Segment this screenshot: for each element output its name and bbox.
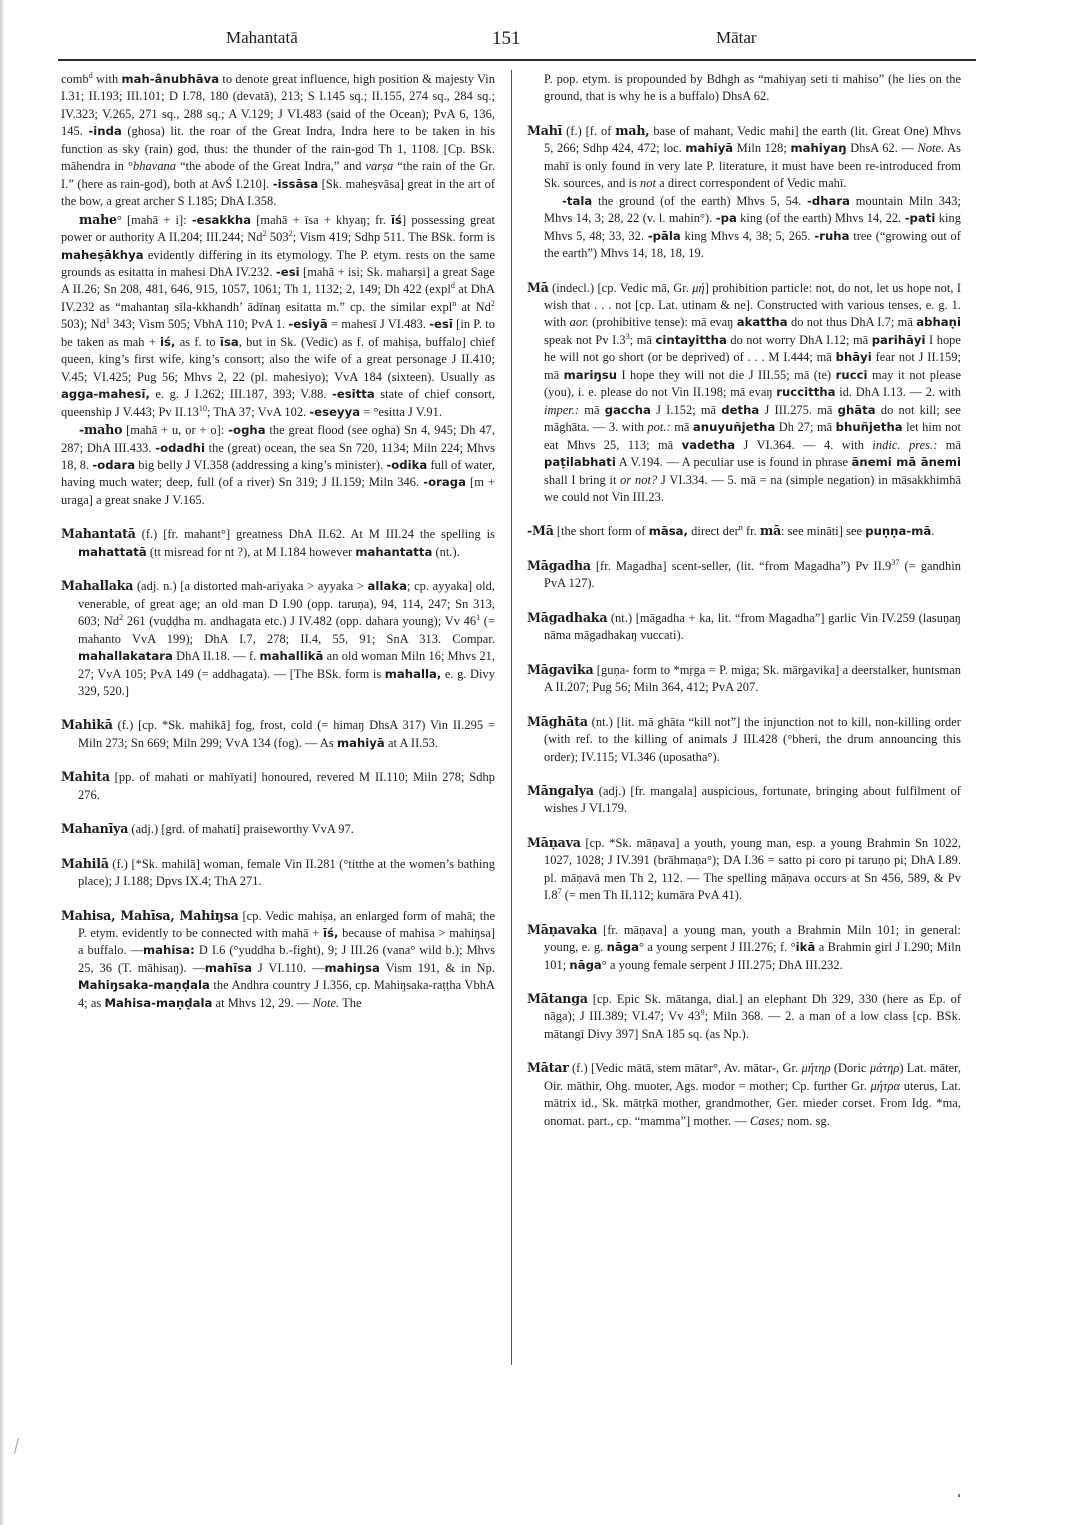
entry-paragraph: Mātar (f.) [Vedic mātā, stem mātar°, Av.…	[527, 1059, 961, 1130]
bold-term: vadetha	[682, 438, 736, 452]
entry-paragraph: -maho [mahā + u, or + o]: -ogha the grea…	[61, 421, 495, 509]
italic-text: Note.	[312, 996, 339, 1010]
bold-term: rucci	[836, 368, 868, 382]
italic-text: varṣa	[365, 159, 393, 173]
bold-term: mahīsa	[205, 961, 252, 975]
bold-term: -issāsa	[273, 177, 319, 191]
superscript: 1	[476, 613, 480, 622]
bold-term: maheṣākhya	[61, 248, 144, 262]
bold-term: mariŋsu	[564, 368, 617, 382]
superscript: n	[452, 299, 456, 308]
page-edge-shadow	[0, 0, 4, 1525]
bold-term: -esiyā	[289, 317, 328, 331]
entry-paragraph: -Mā [the short form of māsa, direct dern…	[527, 522, 961, 540]
headword: Mahallaka	[61, 578, 133, 593]
bold-term: iś,	[160, 335, 175, 349]
headword: Māngalya	[527, 783, 594, 798]
bold-term: paṭilabhati	[544, 455, 616, 469]
italic-text: pot.:	[647, 420, 670, 434]
dictionary-entry: Māgadhaka (nt.) [māgadha + ka, lit. “fro…	[527, 609, 961, 645]
bold-term: -odadhi	[155, 441, 205, 455]
bold-term: allaka	[368, 579, 407, 593]
bold-term: -dhara	[807, 194, 850, 208]
headword: Māṇava	[527, 835, 581, 850]
dictionary-entry: Māṇava [cp. *Sk. māṇava] a youth, young …	[527, 834, 961, 905]
dictionary-entry: Māgadha [fr. Magadha] scent-seller, (lit…	[527, 557, 961, 593]
headword: -Mā	[527, 523, 554, 538]
bold-term: mahalla,	[385, 667, 442, 681]
bold-term: mahattatā	[78, 545, 147, 559]
italic-text: μή	[692, 281, 704, 295]
entry-paragraph: Māṇavaka [fr. māṇava] a young man, youth…	[527, 921, 961, 974]
entry-paragraph: Mahikā (f.) [cp. *Sk. mahikā] fog, frost…	[61, 716, 495, 752]
dictionary-entry: Mātanga [cp. Epic Sk. mātanga, dial.] an…	[527, 990, 961, 1043]
bold-term: -pati	[905, 211, 936, 225]
bold-term: -ruha	[814, 229, 849, 243]
bold-term: ikā	[796, 940, 816, 954]
headword: Mahī	[527, 123, 562, 138]
superscript: 2	[263, 229, 267, 238]
bold-term: ruccittha	[776, 385, 835, 399]
right-column: P. pop. etym. is propounded by Bdhgh as …	[527, 71, 961, 1146]
bold-term: mahiyā	[685, 141, 733, 155]
entry-paragraph: combd with mah-ânubhāva to denote great …	[61, 71, 495, 211]
bold-term: -oraga	[423, 475, 466, 489]
superscript: n	[739, 523, 743, 532]
entry-paragraph: -tala the ground (of the earth) Mhvs 5, …	[527, 193, 961, 263]
bold-term: agga-mahesī,	[61, 387, 150, 401]
headword: Mātar	[527, 1060, 569, 1075]
bold-term: parihāyi	[872, 333, 926, 347]
bold-term: -tala	[562, 194, 592, 208]
dictionary-entry: Māngalya (adj.) [fr. mangala] auspicious…	[527, 782, 961, 818]
superscript: 9	[701, 1008, 705, 1017]
entry-paragraph: Māngalya (adj.) [fr. mangala] auspicious…	[527, 782, 961, 818]
dictionary-entry: Māghāta (nt.) [lit. mā ghāta “kill not”]…	[527, 713, 961, 766]
page-number: 151	[492, 28, 521, 50]
bold-term: -inda	[88, 124, 121, 138]
bold-term: bhuñjetha	[836, 420, 903, 434]
entry-paragraph: Mātanga [cp. Epic Sk. mātanga, dial.] an…	[527, 990, 961, 1043]
dictionary-entry: Mahikā (f.) [cp. *Sk. mahikā] fog, frost…	[61, 716, 495, 752]
superscript: 2	[119, 613, 123, 622]
italic-text: indic. pres.:	[872, 438, 937, 452]
header-right-headword: Mātar	[716, 28, 757, 48]
bold-term: māsa,	[649, 524, 688, 538]
bold-term: puṇṇa-mā	[865, 524, 931, 538]
bold-term: mahallikā	[260, 649, 324, 663]
bold-term: nāga	[607, 940, 639, 954]
headword: mā	[760, 523, 781, 538]
bold-term: akattha	[737, 315, 788, 329]
bold-term: nāga	[569, 958, 601, 972]
bold-term: -eseyya	[309, 405, 360, 419]
headword: Māgadha	[527, 558, 591, 573]
italic-text: Cases;	[750, 1114, 784, 1128]
bold-term: mahantatta	[355, 545, 432, 559]
headword: Māgadhaka	[527, 610, 607, 625]
italic-text: μήτηρ	[801, 1061, 830, 1075]
italic-text: not	[640, 176, 656, 190]
headword: Mā	[527, 280, 549, 295]
header-rule	[58, 59, 976, 61]
superscript: 2	[289, 229, 293, 238]
entry-paragraph: Māgadha [fr. Magadha] scent-seller, (lit…	[527, 557, 961, 593]
scan-artifact	[958, 1494, 960, 1497]
entry-paragraph: Māgavika [guṇa- form to *mṛga = P. miga;…	[527, 661, 961, 697]
superscript: 2	[491, 299, 495, 308]
dictionary-entry: Mahita [pp. of mahati or mahīyati] honou…	[61, 768, 495, 804]
running-header: Mahantatā 151 Mātar	[55, 28, 1035, 52]
italic-text: Note.	[917, 141, 944, 155]
entry-paragraph: Mahanīya (adj.) [grd. of mahati] praisew…	[61, 820, 495, 838]
entry-paragraph: Mahita [pp. of mahati or mahīyati] honou…	[61, 768, 495, 804]
dictionary-entry: Mā (indecl.) [cp. Vedic mā, Gr. μή] proh…	[527, 279, 961, 507]
bold-term: -ogha	[228, 423, 265, 437]
left-column: combd with mah-ânubhāva to denote great …	[61, 71, 495, 1028]
italic-text: or not?	[620, 473, 657, 487]
headword: Mahantatā	[61, 526, 136, 541]
entry-continuation: combd with mah-ânubhāva to denote great …	[61, 71, 495, 509]
dictionary-entry: Māṇavaka [fr. māṇava] a young man, youth…	[527, 921, 961, 974]
bold-term: mahallakatara	[78, 649, 173, 663]
scan-artifact	[14, 1438, 19, 1454]
italic-text: μάτηρ	[870, 1061, 900, 1075]
headword: Mahita	[61, 769, 110, 784]
headword: Māṇavaka	[527, 922, 597, 937]
entry-paragraph: mahe° [mahā + i]: -esakkha [mahā + īsa +…	[61, 211, 495, 421]
bold-term: mahiyaŋ	[790, 141, 846, 155]
headword: mahe	[79, 212, 117, 227]
entry-paragraph: Mahilā (f.) [*Sk. mahilā] woman, female …	[61, 855, 495, 891]
entry-paragraph: Māghāta (nt.) [lit. mā ghāta “kill not”]…	[527, 713, 961, 766]
bold-term: gaccha	[605, 403, 651, 417]
bold-term: abhaṇi	[916, 315, 961, 329]
italic-text: imper.:	[544, 403, 579, 417]
headword: Mahilā	[61, 856, 109, 871]
dictionary-entry: Mahallaka (adj. n.) [a distorted mah-ari…	[61, 577, 495, 700]
bold-term: Mahiŋsaka-maṇḍala	[78, 978, 210, 992]
headword: Mātanga	[527, 991, 588, 1006]
entry-paragraph: P. pop. etym. is propounded by Bdhgh as …	[527, 71, 961, 106]
superscript: d	[451, 281, 455, 290]
italic-text: μήτρα	[871, 1079, 901, 1093]
dictionary-entry: Mātar (f.) [Vedic mātā, stem mātar°, Av.…	[527, 1059, 961, 1130]
bold-term: -pa	[716, 211, 737, 225]
superscript: 10	[199, 403, 207, 412]
bold-term: mah-ânubhāva	[122, 72, 220, 86]
header-left-headword: Mahantatā	[226, 28, 298, 48]
bold-term: bhāyi	[836, 350, 872, 364]
bold-term: -esitta	[332, 387, 375, 401]
bold-term: īsa	[220, 335, 239, 349]
dictionary-entry: Mahilā (f.) [*Sk. mahilā] woman, female …	[61, 855, 495, 891]
headword: Mahikā	[61, 717, 113, 732]
bold-term: anuyuñjetha	[693, 420, 775, 434]
headword: Mahanīya	[61, 821, 128, 836]
bold-term: īś,	[323, 926, 338, 940]
entry-paragraph: Mahantatā (f.) [fr. mahant°] greatness D…	[61, 525, 495, 561]
headword: mah,	[615, 123, 649, 138]
headword: Māgavika	[527, 662, 593, 677]
entry-paragraph: Māgadhaka (nt.) [māgadha + ka, lit. “fro…	[527, 609, 961, 645]
headword: -maho	[79, 422, 122, 437]
bold-term: mahiyā	[337, 736, 385, 750]
superscript: 7	[558, 887, 562, 896]
bold-term: ghāta	[838, 403, 876, 417]
bold-term: mahisa:	[143, 943, 195, 957]
bold-term: Mahisa-maṇḍala	[104, 996, 212, 1010]
entry-continuation: P. pop. etym. is propounded by Bdhgh as …	[527, 71, 961, 106]
entry-paragraph: Mā (indecl.) [cp. Vedic mā, Gr. μή] proh…	[527, 279, 961, 507]
italic-text: aor.	[570, 315, 589, 329]
dictionary-entry: -Mā [the short form of māsa, direct dern…	[527, 522, 961, 540]
italic-text: bhavana	[133, 159, 176, 173]
bold-term: īś	[391, 213, 402, 227]
bold-term: -esi	[276, 265, 300, 279]
bold-term: detha	[721, 403, 759, 417]
headword: Māghāta	[527, 714, 588, 729]
headword: Mahisa, Mahīsa, Mahiŋsa	[61, 908, 239, 923]
superscript: 37	[891, 558, 899, 567]
bold-term: -pāla	[648, 229, 681, 243]
dictionary-entry: Mahī (f.) [f. of mah, base of mahant, Ve…	[527, 122, 961, 263]
dictionary-entry: Mahanīya (adj.) [grd. of mahati] praisew…	[61, 820, 495, 838]
entry-paragraph: Mahī (f.) [f. of mah, base of mahant, Ve…	[527, 122, 961, 193]
bold-term: ānemi mā ānemi	[852, 455, 961, 469]
entry-paragraph: Mahallaka (adj. n.) [a distorted mah-ari…	[61, 577, 495, 700]
entry-paragraph: Mahisa, Mahīsa, Mahiŋsa [cp. Vedic mahiṣ…	[61, 907, 495, 1013]
bold-term: cintayittha	[655, 333, 726, 347]
dictionary-entry: Māgavika [guṇa- form to *mṛga = P. miga;…	[527, 661, 961, 697]
entry-paragraph: Māṇava [cp. *Sk. māṇava] a youth, young …	[527, 834, 961, 905]
superscript: 1	[106, 316, 110, 325]
dictionary-entry: Mahisa, Mahīsa, Mahiŋsa [cp. Vedic mahiṣ…	[61, 907, 495, 1013]
bold-term: -esī	[429, 317, 453, 331]
dictionary-entry: Mahantatā (f.) [fr. mahant°] greatness D…	[61, 525, 495, 561]
column-divider	[511, 70, 512, 1365]
bold-term: -esakkha	[192, 213, 251, 227]
superscript: d	[89, 71, 93, 80]
superscript: 3	[626, 332, 630, 341]
bold-term: mahiŋsa	[324, 961, 379, 975]
bold-term: -odara	[92, 458, 135, 472]
bold-term: -odika	[386, 458, 427, 472]
